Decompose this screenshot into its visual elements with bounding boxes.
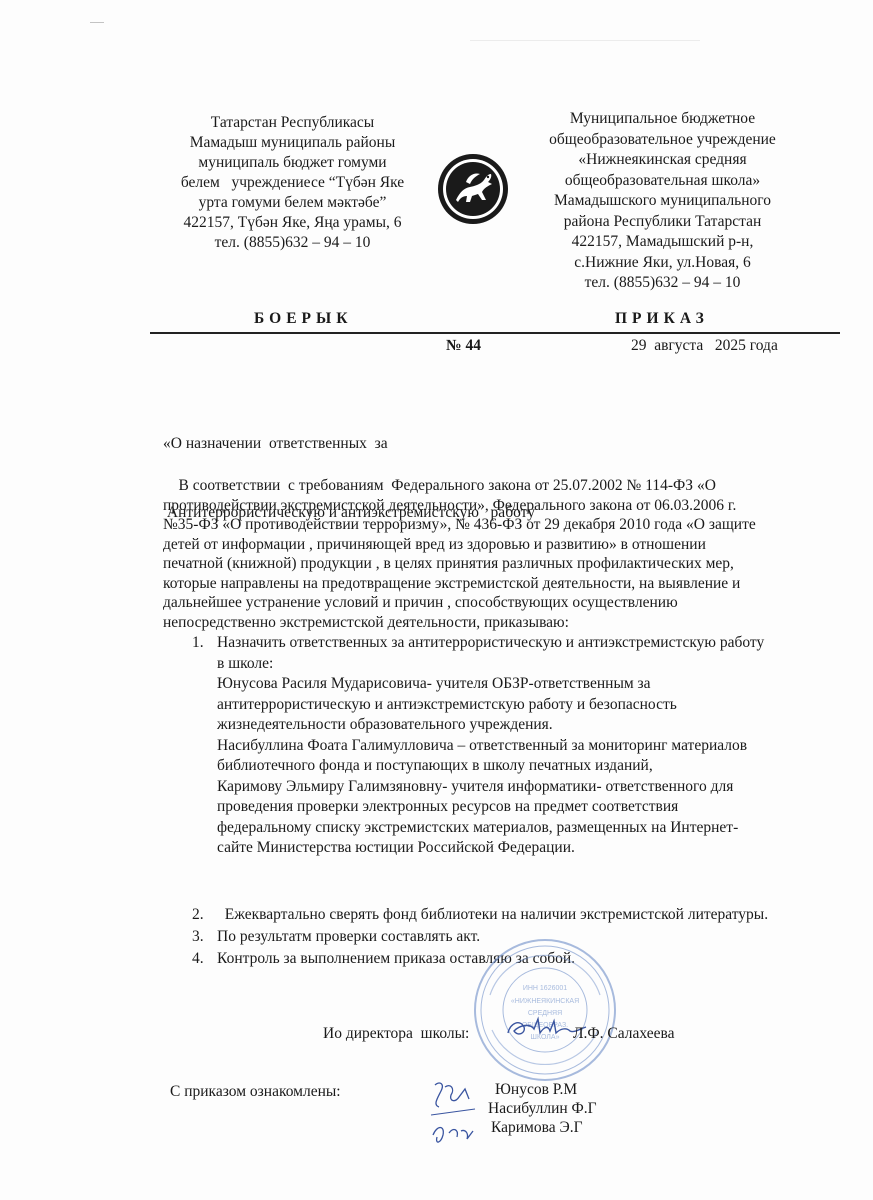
item-line: сайте Министерства юстиции Российской Фе…: [217, 838, 867, 859]
header-right-line: Муниципальное бюджетное: [490, 109, 835, 130]
header-divider: [150, 332, 840, 334]
preamble-line: дальнейшее устранение условий и причин ,…: [163, 593, 843, 613]
item-line: федеральному списку экстремистских матер…: [217, 818, 867, 839]
title-boeryk: БОЕРЫК: [254, 310, 352, 328]
header-left-line: муниципаль бюджет гомуми: [150, 153, 435, 173]
item-line: в школе:: [217, 654, 867, 675]
preamble-line: печатной (книжной) продукции , в целях п…: [163, 554, 843, 574]
scan-artifact: [470, 40, 700, 41]
document-page: Татарстан Республикасы Мамадыш муниципал…: [0, 0, 873, 1200]
header-right-line: общеобразовательное учреждение: [490, 130, 835, 151]
ack-name: Каримова Э.Г: [488, 1118, 597, 1137]
item-line: антитеррористическую и антиэкстремистску…: [217, 695, 867, 716]
header-right-line: района Республики Татарстан: [490, 212, 835, 233]
signature-title: Ио директора школы:: [323, 1025, 469, 1043]
scan-artifact: [90, 22, 104, 23]
preamble-line: №35-ФЗ «О противодействии терроризму», №…: [163, 515, 843, 535]
preamble-line: В соответствии с требованиям Федеральног…: [163, 476, 843, 496]
header-right-line: тел. (8855)632 – 94 – 10: [490, 273, 835, 294]
item-text: Назначить ответственных за антитеррорист…: [217, 633, 867, 859]
item-number: 2.: [192, 905, 204, 926]
svg-text:«НИЖНЕЯКИНСКАЯ: «НИЖНЕЯКИНСКАЯ: [511, 998, 579, 1005]
item-line: жизнедеятельности образовательного учреж…: [217, 715, 867, 736]
item-number: 4.: [192, 949, 204, 970]
preamble-line: непосредственно экстремистской деятельно…: [163, 613, 843, 633]
header-right-line: Мамадышского муниципального: [490, 191, 835, 212]
item-line: Назначить ответственных за антитеррорист…: [217, 633, 867, 654]
item-text: Ежеквартально сверять фонд библиотеки на…: [217, 905, 867, 926]
preamble-line: которые направлены на предотвращение экс…: [163, 574, 843, 594]
order-date: 29 августа 2025 года: [631, 337, 778, 355]
ack-name: Насибуллин Ф.Г: [488, 1099, 597, 1118]
header-right-line: общеобразовательная школа»: [490, 171, 835, 192]
item-line: Каримову Эльмиру Галимзяновну- учителя и…: [217, 777, 867, 798]
header-left-line: 422157, Түбән Яке, Яңа урамы, 6: [150, 213, 435, 233]
svg-text:ИНН 1626001: ИНН 1626001: [523, 985, 567, 992]
header-right-line: с.Нижние Яки, ул.Новая, 6: [490, 253, 835, 274]
header-left-line: Татарстан Республикасы: [150, 113, 435, 133]
signature-name: Л.Ф. Салахеева: [573, 1025, 674, 1043]
item-number: 3.: [192, 927, 204, 948]
subject-line: «О назначении ответственных за: [163, 432, 535, 455]
header-left-line: тел. (8855)632 – 94 – 10: [150, 233, 435, 253]
item-line: библиотечного фонда и поступающих в школ…: [217, 756, 867, 777]
header-left-line: Мамадыш муниципаль районы: [150, 133, 435, 153]
item-line: Юнусова Расиля Мударисовича- учителя ОБЗ…: [217, 674, 867, 695]
header-left-line: белем учреждениесе “Түбән Яке: [150, 173, 435, 193]
header-tatar-block: Татарстан Республикасы Мамадыш муниципал…: [150, 113, 435, 253]
preamble-line: противодействии экстремистской деятельно…: [163, 496, 843, 516]
preamble: В соответствии с требованиям Федеральног…: [163, 476, 843, 632]
acknowledgement-names: Юнусов Р.М Насибуллин Ф.Г Каримова Э.Г: [488, 1080, 597, 1137]
order-number: № 44: [446, 337, 481, 355]
item-line: Насибуллина Фоата Галимулловича – ответс…: [217, 736, 867, 757]
header-right-line: «Нижнеякинская средняя: [490, 150, 835, 171]
header-russian-block: Муниципальное бюджетное общеобразователь…: [490, 109, 835, 294]
header-left-line: урта гомуми белем мәктәбе”: [150, 193, 435, 213]
preamble-line: детей от информации , причиняющей вред и…: [163, 535, 843, 555]
title-prikaz: ПРИКАЗ: [615, 310, 709, 328]
item-number: 1.: [192, 633, 204, 654]
ack-name: Юнусов Р.М: [488, 1080, 597, 1099]
acknowledgement-signatures-icon: [425, 1075, 495, 1150]
header-right-line: 422157, Мамадышский р-н,: [490, 232, 835, 253]
item-line: проведения проверки электронных ресурсов…: [217, 797, 867, 818]
acknowledgement-label: С приказом ознакомлены:: [170, 1083, 341, 1101]
